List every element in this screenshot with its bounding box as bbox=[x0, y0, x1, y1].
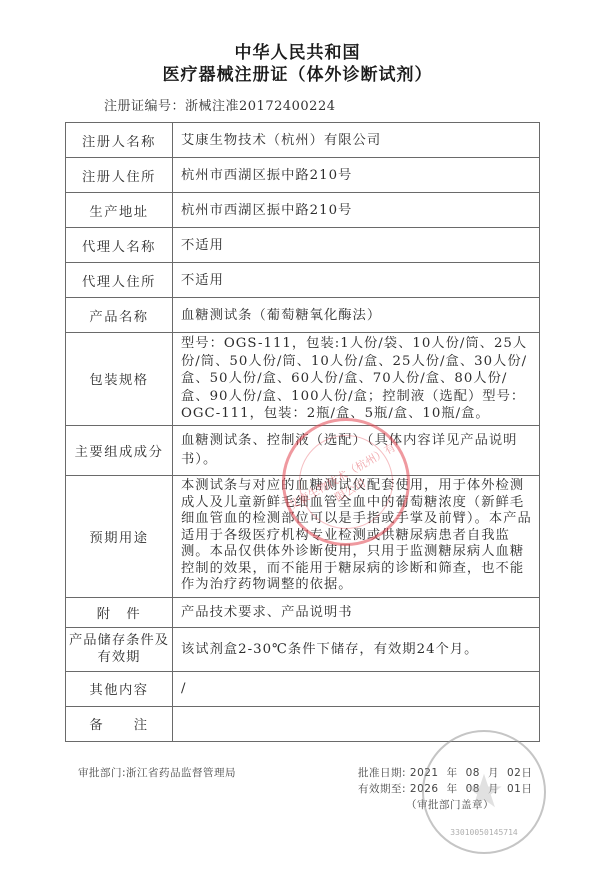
row-value: 不适用 bbox=[173, 228, 540, 263]
row-label: 主要组成成分 bbox=[66, 425, 173, 475]
table-row-intended-use: 预期用途 本测试条与对应的血糖测试仪配套使用，用于体外检测成人及儿童新鲜毛细血管… bbox=[66, 475, 540, 597]
row-label: 产品储存条件及有效期 bbox=[66, 627, 173, 671]
certificate-table: 注册人名称 艾康生物技术（杭州）有限公司 注册人住所 杭州市西湖区振中路210号… bbox=[65, 122, 540, 742]
row-label: 预期用途 bbox=[66, 475, 173, 597]
row-value: 杭州市西湖区振中路210号 bbox=[173, 158, 540, 193]
table-row-agent-address: 代理人住所 不适用 bbox=[66, 263, 540, 298]
expiry-date-day: 01 bbox=[507, 781, 521, 797]
row-value: 杭州市西湖区振中路210号 bbox=[173, 193, 540, 228]
row-label: 代理人名称 bbox=[66, 228, 173, 263]
year-unit: 年 bbox=[447, 765, 458, 781]
row-label: 生产地址 bbox=[66, 193, 173, 228]
month-unit: 月 bbox=[488, 765, 499, 781]
stamp-note: （审批部门盖章） bbox=[358, 797, 532, 813]
approval-date-year: 2021 bbox=[410, 765, 439, 781]
day-unit: 日 bbox=[521, 765, 532, 781]
row-label: 备 注 bbox=[66, 706, 173, 741]
table-row-registrant-address: 注册人住所 杭州市西湖区振中路210号 bbox=[66, 158, 540, 193]
row-value: 本测试条与对应的血糖测试仪配套使用，用于体外检测成人及儿童新鲜毛细血管全血中的葡… bbox=[173, 475, 540, 597]
expiry-date: 有效期至: 2026年08月01日 bbox=[358, 781, 532, 797]
expiry-date-month: 08 bbox=[466, 781, 480, 797]
approval-department-label: 审批部门: bbox=[78, 767, 126, 779]
row-value: 血糖测试条（葡萄糖氧化酶法） bbox=[173, 298, 540, 333]
row-label: 其他内容 bbox=[66, 671, 173, 706]
table-row-remarks: 备 注 bbox=[66, 706, 540, 741]
row-label: 包装规格 bbox=[66, 333, 173, 426]
month-unit: 月 bbox=[488, 781, 499, 797]
approval-department: 审批部门:浙江省药品监督管理局 bbox=[78, 765, 236, 780]
row-label: 附 件 bbox=[66, 597, 173, 627]
row-value bbox=[173, 706, 540, 741]
approval-date: 批准日期: 2021年08月02日 bbox=[358, 765, 532, 781]
table-row-agent-name: 代理人名称 不适用 bbox=[66, 228, 540, 263]
row-value: 不适用 bbox=[173, 263, 540, 298]
day-unit: 日 bbox=[521, 781, 532, 797]
row-label: 注册人名称 bbox=[66, 123, 173, 158]
table-row-package-spec: 包装规格 型号：OGS-111，包装:1人份/袋、10人份/筒、25人份/筒、5… bbox=[66, 333, 540, 426]
table-row-attachments: 附 件 产品技术要求、产品说明书 bbox=[66, 597, 540, 627]
registration-number-value: 浙械注准20172400224 bbox=[185, 99, 335, 114]
expiry-date-label: 有效期至: bbox=[358, 781, 406, 797]
row-label: 注册人住所 bbox=[66, 158, 173, 193]
document-title-certificate: 医疗器械注册证（体外诊断试剂） bbox=[0, 60, 595, 85]
row-value: 型号：OGS-111，包装:1人份/袋、10人份/筒、25人份/筒、50人份/筒… bbox=[173, 333, 540, 426]
approval-date-month: 08 bbox=[466, 765, 480, 781]
table-row-registrant-name: 注册人名称 艾康生物技术（杭州）有限公司 bbox=[66, 123, 540, 158]
table-row-storage-validity: 产品储存条件及有效期 该试剂盒2-30℃条件下储存，有效期24个月。 bbox=[66, 627, 540, 671]
row-label: 代理人住所 bbox=[66, 263, 173, 298]
table-row-other-content: 其他内容 / bbox=[66, 671, 540, 706]
row-value: 艾康生物技术（杭州）有限公司 bbox=[173, 123, 540, 158]
approval-date-day: 02 bbox=[507, 765, 521, 781]
approval-department-value: 浙江省药品监督管理局 bbox=[126, 767, 236, 779]
year-unit: 年 bbox=[447, 781, 458, 797]
table-row-production-address: 生产地址 杭州市西湖区振中路210号 bbox=[66, 193, 540, 228]
row-label: 产品名称 bbox=[66, 298, 173, 333]
table-row-main-components: 主要组成成分 血糖测试条、控制液（选配）（具体内容详见产品说明书）。 bbox=[66, 425, 540, 475]
table-row-product-name: 产品名称 血糖测试条（葡萄糖氧化酶法） bbox=[66, 298, 540, 333]
registration-number: 注册证编号：浙械注准20172400224 bbox=[104, 95, 336, 114]
registration-number-label: 注册证编号： bbox=[104, 99, 185, 114]
row-value: 血糖测试条、控制液（选配）（具体内容详见产品说明书）。 bbox=[173, 425, 540, 475]
row-value: 该试剂盒2-30℃条件下储存，有效期24个月。 bbox=[173, 627, 540, 671]
row-value: 产品技术要求、产品说明书 bbox=[173, 597, 540, 627]
approval-dates: 批准日期: 2021年08月02日 有效期至: 2026年08月01日 （审批部… bbox=[358, 765, 532, 813]
row-value: / bbox=[173, 671, 540, 706]
authority-seal-number: 33010050145714 bbox=[424, 828, 544, 837]
expiry-date-year: 2026 bbox=[410, 781, 439, 797]
approval-date-label: 批准日期: bbox=[358, 765, 406, 781]
